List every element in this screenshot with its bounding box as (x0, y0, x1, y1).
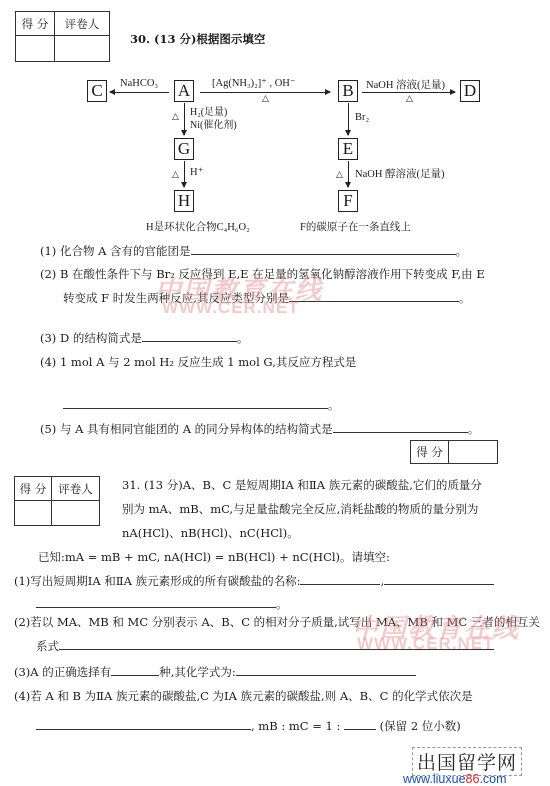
q31-sub4-line2: , mB : mC = 1 : (保留 2 位小数) (36, 718, 461, 734)
arrow-E-to-F (348, 161, 349, 187)
label-NaOH-alc: NaOH 醇溶液(足量) (355, 166, 445, 181)
score-label: 得 分 (411, 441, 449, 464)
q30-sub3: (3) D 的结构简式是。 (40, 330, 248, 346)
score-cell[interactable] (449, 441, 498, 464)
arrow-A-to-G (184, 103, 185, 135)
heat-icon: △ (172, 170, 179, 180)
node-A: A (174, 80, 194, 102)
answer-blank[interactable] (300, 574, 380, 585)
arrow-B-to-E (348, 103, 349, 135)
q31-sub4-line1: (4)若 A 和 B 为ⅡA 族元素的碳酸盐,C 为ⅠA 族元素的碳酸盐,则 A… (14, 688, 473, 704)
heat-icon: △ (336, 170, 343, 180)
watermark-cer-url: WWW.CER.NET (357, 634, 495, 654)
answer-blank[interactable] (142, 331, 237, 342)
answer-blank[interactable] (191, 244, 456, 255)
q30-title: 30. (13 分)根据图示填空 (130, 31, 265, 47)
score-box-q30: 得 分 评卷人 (15, 11, 110, 62)
arrow-A-to-C (110, 92, 169, 93)
answer-blank[interactable] (333, 422, 468, 433)
q30-sub4: (4) 1 mol A 与 2 mol H₂ 反应生成 1 mol G,其反应方… (40, 354, 356, 370)
caption-F: F的碳原子在一条直线上 (300, 219, 411, 234)
node-G: G (174, 138, 194, 160)
q30-sub4-answer: 。 (63, 397, 340, 413)
label-Ni: Ni(催化剂) (190, 116, 237, 131)
node-D: D (460, 80, 480, 102)
logo-text: 出国留学网 (413, 748, 521, 775)
logo-url[interactable]: www.liuxue86.com (403, 772, 507, 786)
score-box-mid: 得 分 (410, 440, 498, 464)
grader-cell[interactable] (55, 36, 110, 62)
arrow-G-to-H (184, 161, 185, 187)
answer-blank[interactable] (36, 719, 251, 730)
arrow-B-to-D (362, 92, 455, 93)
score-box-q31: 得 分 评卷人 (14, 476, 100, 526)
q30-sub5: (5) 与 A 具有相同官能团的 A 的同分异构体的结构简式是。 (40, 421, 479, 437)
q31-intro-line2: 别为 mA、mB、mC,与足量盐酸完全反应,消耗盐酸的物质的量分别为 (122, 501, 478, 517)
label-NaOH-aq: NaOH 溶液(足量) (366, 77, 445, 92)
answer-blank[interactable] (384, 574, 494, 585)
answer-blank[interactable] (236, 665, 416, 676)
q31-sub3: (3)A 的正确选择有种,其化学式为: (14, 664, 416, 680)
heat-icon: △ (406, 94, 413, 104)
grader-cell[interactable] (52, 501, 100, 526)
score-label: 得 分 (15, 477, 52, 501)
heat-icon: △ (172, 112, 179, 122)
q31-sub1: (1)写出短周期ⅠA 和ⅡA 族元素形成的所有碳酸盐的名称:, (14, 573, 494, 589)
q31-known: 已知:mA = mB + mC, nA(HCl) = nB(HCl) + nC(… (38, 549, 390, 565)
label-H-plus: H⁺ (190, 166, 203, 178)
q30-sub1-text: (1) 化合物 A 含有的官能团是 (40, 244, 191, 258)
label-NaHCO3: NaHCO₃ (120, 78, 158, 89)
answer-blank[interactable] (63, 398, 328, 409)
heat-icon: △ (262, 94, 269, 104)
score-cell[interactable] (15, 501, 52, 526)
q31-sub1-cont: 。 (36, 596, 288, 612)
watermark-cer-url: WWW.CER.NET (162, 298, 300, 318)
answer-blank[interactable] (344, 719, 376, 730)
answer-blank[interactable] (36, 597, 276, 608)
q31-intro-line1: 31. (13 分)A、B、C 是短周期ⅠA 和ⅡA 族元素的碳酸盐,它们的质量… (122, 477, 482, 493)
grader-label: 评卷人 (52, 477, 100, 501)
q30-sub1: (1) 化合物 A 含有的官能团是。 (40, 243, 467, 259)
q31-intro-line3: nA(HCl)、nB(HCl)、nC(HCl)。 (122, 525, 299, 541)
node-B: B (338, 80, 358, 102)
label-Br2: Br₂ (355, 112, 369, 123)
node-F: F (338, 190, 358, 212)
caption-H: H是环状化合物C₄H₆O₂ (146, 219, 250, 234)
grader-label: 评卷人 (55, 12, 110, 36)
arrow-A-to-B (200, 92, 330, 93)
score-cell[interactable] (16, 36, 55, 62)
node-C: C (87, 80, 107, 102)
label-tollens: [Ag(NH₃)₂]⁺ , OH⁻ (212, 77, 295, 89)
answer-blank[interactable] (111, 665, 159, 676)
score-label: 得 分 (16, 12, 55, 36)
node-H: H (174, 190, 194, 212)
node-E: E (338, 138, 358, 160)
